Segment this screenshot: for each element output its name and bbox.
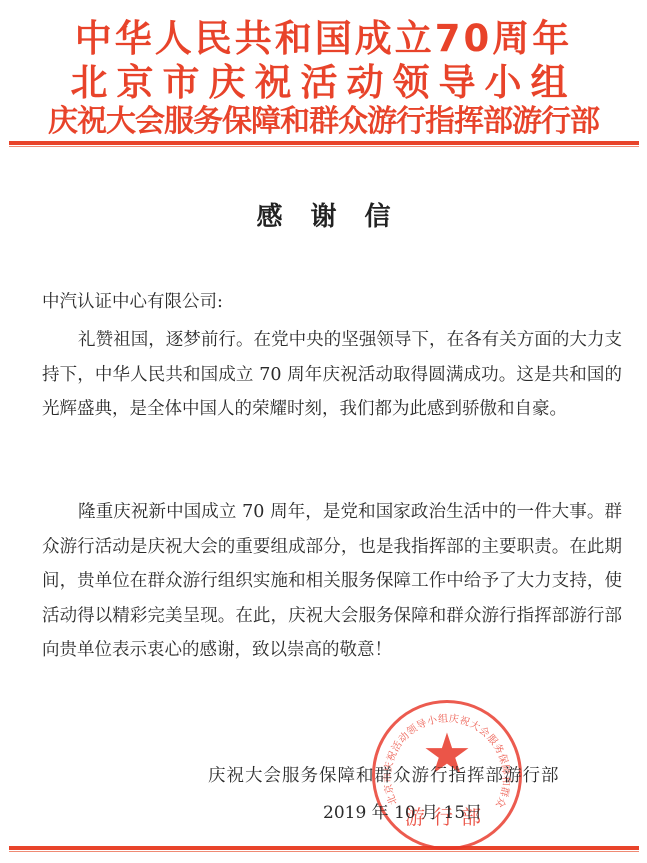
paragraph-2-text: 隆重庆祝新中国成立 70 周年，是党和国家政治生活中的一件大事。群众游行活动是庆… [42,502,622,660]
signature: 庆祝大会服务保障和群众游行指挥部游行部 [208,762,560,787]
paragraph-1-text: 礼赞祖国，逐梦前行。在党中央的坚强领导下，在各有关方面的大力支持下，中华人民共和… [42,330,622,419]
letterhead-divider [9,141,639,147]
salutation: 中汽认证中心有限公司: [42,288,223,313]
footer-divider [9,846,639,852]
paragraph-1: 礼赞祖国，逐梦前行。在党中央的坚强领导下，在各有关方面的大力支持下，中华人民共和… [42,323,622,427]
letterhead-line-3: 庆祝大会服务保障和群众游行指挥部游行部 [0,96,647,140]
date: 2019 年 10 月 15日 [323,798,482,823]
paragraph-2: 隆重庆祝新中国成立 70 周年，是党和国家政治生活中的一件大事。群众游行活动是庆… [42,495,622,668]
page-title: 感谢信 [0,196,647,233]
